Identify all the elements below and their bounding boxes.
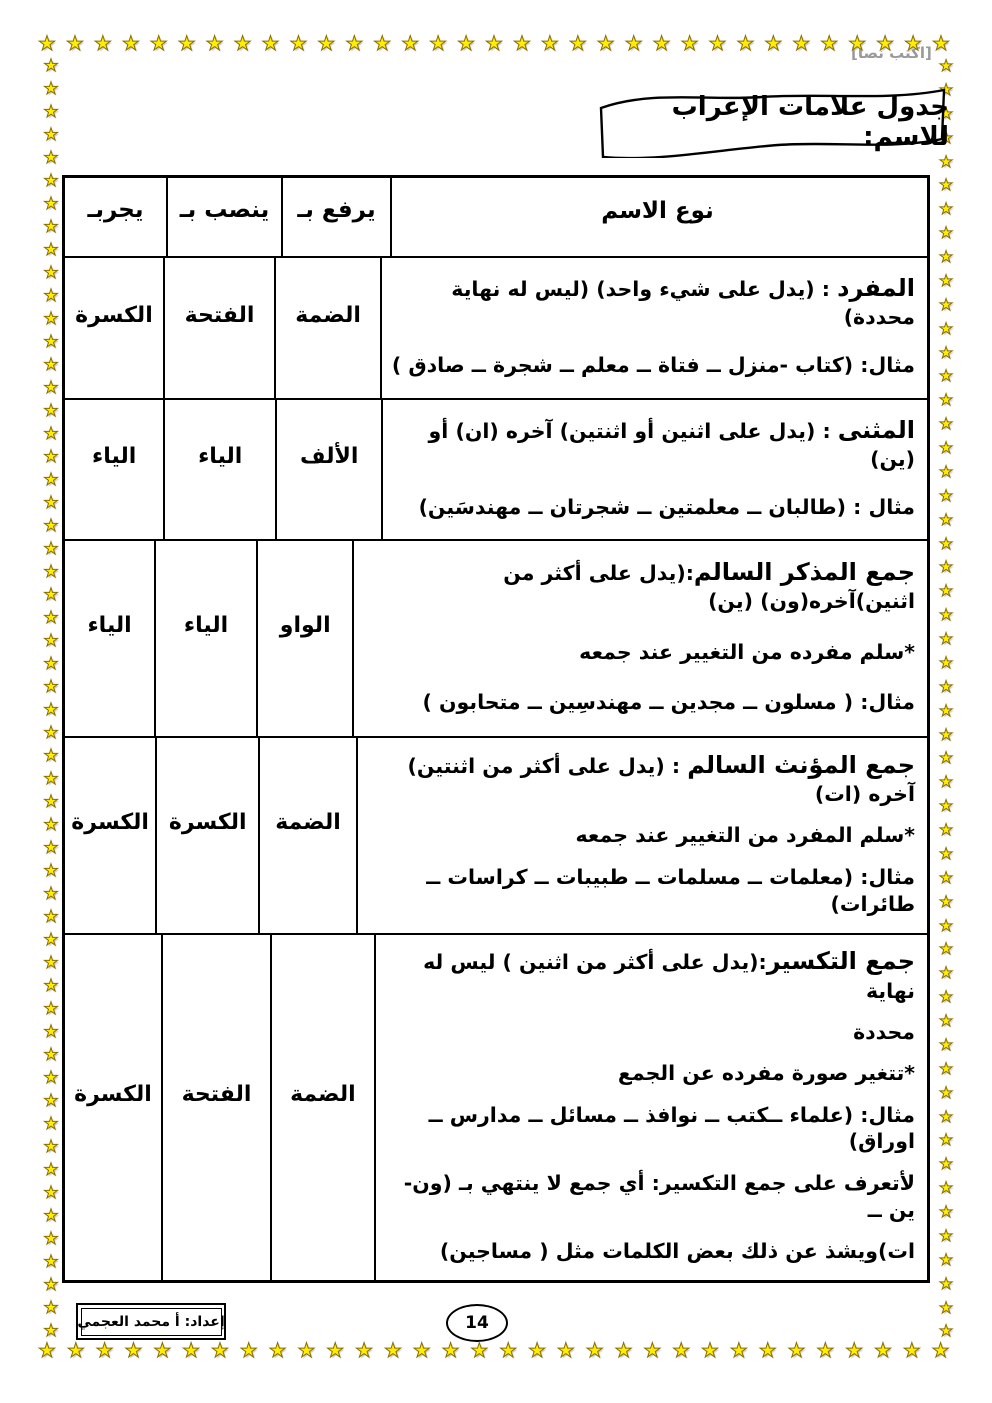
star-icon: ★ bbox=[269, 1340, 287, 1360]
star-icon: ★ bbox=[43, 173, 58, 190]
page-title: جدول علامات الإعراب للاسم: bbox=[597, 84, 949, 158]
star-border-left: ★★★★★★★★★★★★★★★★★★★★★★★★★★★★★★★★★★★★★★★★… bbox=[41, 58, 61, 1340]
star-icon: ★ bbox=[289, 33, 307, 53]
star-icon: ★ bbox=[939, 1204, 953, 1220]
star-icon: ★ bbox=[67, 1340, 85, 1360]
star-icon: ★ bbox=[43, 219, 58, 236]
star-icon: ★ bbox=[43, 932, 58, 949]
noun-type-cell: المفرد : (يدل على شيء واحد) (ليس له نهاي… bbox=[380, 258, 927, 398]
star-icon: ★ bbox=[939, 750, 953, 766]
star-icon: ★ bbox=[43, 633, 58, 650]
star-icon: ★ bbox=[625, 33, 643, 53]
star-icon: ★ bbox=[672, 1340, 690, 1360]
star-icon: ★ bbox=[939, 822, 953, 838]
star-icon: ★ bbox=[66, 33, 84, 53]
star-icon: ★ bbox=[43, 1323, 58, 1340]
star-icon: ★ bbox=[43, 1047, 58, 1064]
row-title: المثنى bbox=[838, 416, 915, 444]
star-icon: ★ bbox=[297, 1340, 315, 1360]
star-icon: ★ bbox=[932, 1340, 950, 1360]
star-icon: ★ bbox=[38, 1340, 56, 1360]
star-icon: ★ bbox=[43, 771, 58, 788]
star-icon: ★ bbox=[939, 249, 953, 265]
star-icon: ★ bbox=[96, 1340, 114, 1360]
star-border-bottom: ★★★★★★★★★★★★★★★★★★★★★★★★★★★★★★★★ bbox=[38, 1340, 950, 1360]
star-icon: ★ bbox=[730, 1340, 748, 1360]
star-icon: ★ bbox=[485, 33, 503, 53]
star-icon: ★ bbox=[939, 583, 953, 599]
star-icon: ★ bbox=[94, 33, 112, 53]
noun-type-cell: جمع التكسير:(يدل على أكثر من اثنين ) ليس… bbox=[374, 935, 927, 1280]
star-icon: ★ bbox=[528, 1340, 546, 1360]
declension-table: نوع الاسم يرفع بـ ينصب بـ يجربـ المفرد :… bbox=[62, 175, 930, 1283]
nasb-mark: الفتحة bbox=[161, 935, 270, 1280]
row-note: *سلم المفرد من التغيير عند جمعه bbox=[366, 822, 915, 849]
rafa-mark: الضمة bbox=[258, 738, 356, 933]
star-icon: ★ bbox=[43, 104, 58, 121]
star-icon: ★ bbox=[816, 1340, 834, 1360]
star-icon: ★ bbox=[939, 297, 953, 313]
author-label: إعداد: أ محمد العجمي bbox=[81, 1308, 222, 1336]
star-icon: ★ bbox=[939, 177, 953, 193]
star-icon: ★ bbox=[939, 416, 953, 432]
star-icon: ★ bbox=[939, 321, 953, 337]
star-icon: ★ bbox=[43, 1162, 58, 1179]
star-icon: ★ bbox=[240, 1340, 258, 1360]
star-icon: ★ bbox=[43, 1024, 58, 1041]
star-icon: ★ bbox=[178, 33, 196, 53]
star-icon: ★ bbox=[939, 1085, 953, 1101]
star-icon: ★ bbox=[939, 1109, 953, 1125]
star-icon: ★ bbox=[939, 1300, 953, 1316]
title-banner: جدول علامات الإعراب للاسم: bbox=[597, 84, 949, 158]
star-border-top: ★★★★★★★★★★★★★★★★★★★★★★★★★★★★★★★★★ bbox=[38, 33, 950, 53]
star-icon: ★ bbox=[43, 610, 58, 627]
star-icon: ★ bbox=[939, 368, 953, 384]
star-icon: ★ bbox=[939, 1061, 953, 1077]
star-icon: ★ bbox=[457, 33, 475, 53]
star-icon: ★ bbox=[153, 1340, 171, 1360]
star-icon: ★ bbox=[939, 1323, 953, 1339]
star-icon: ★ bbox=[43, 495, 58, 512]
row-example: مثال : (طالبان ــ معلمتين ــ شجرتان ــ م… bbox=[391, 494, 915, 521]
star-icon: ★ bbox=[43, 1231, 58, 1248]
page-number-badge: 14 bbox=[446, 1304, 508, 1342]
star-icon: ★ bbox=[124, 1340, 142, 1360]
star-icon: ★ bbox=[939, 1228, 953, 1244]
star-icon: ★ bbox=[903, 1340, 921, 1360]
row-title: جمع التكسير bbox=[767, 947, 915, 975]
row-title: المفرد bbox=[837, 274, 915, 302]
star-icon: ★ bbox=[939, 488, 953, 504]
star-icon: ★ bbox=[43, 1254, 58, 1271]
star-icon: ★ bbox=[43, 1070, 58, 1087]
rafa-mark: الضمة bbox=[274, 258, 380, 398]
star-icon: ★ bbox=[939, 1180, 953, 1196]
star-icon: ★ bbox=[429, 33, 447, 53]
nasb-mark: الياء bbox=[163, 400, 275, 539]
star-icon: ★ bbox=[939, 345, 953, 361]
noun-type-cell: المثنى : (يدل على اثنين أو اثنتين) آخره … bbox=[381, 400, 927, 539]
star-icon: ★ bbox=[43, 334, 58, 351]
star-icon: ★ bbox=[939, 655, 953, 671]
star-icon: ★ bbox=[541, 33, 559, 53]
star-icon: ★ bbox=[845, 1340, 863, 1360]
header-noun-type: نوع الاسم bbox=[390, 178, 927, 256]
star-icon: ★ bbox=[736, 33, 754, 53]
star-icon: ★ bbox=[939, 727, 953, 743]
star-icon: ★ bbox=[939, 774, 953, 790]
star-icon: ★ bbox=[939, 941, 953, 957]
star-icon: ★ bbox=[150, 33, 168, 53]
star-icon: ★ bbox=[43, 978, 58, 995]
star-icon: ★ bbox=[643, 1340, 661, 1360]
star-icon: ★ bbox=[792, 33, 810, 53]
star-icon: ★ bbox=[43, 702, 58, 719]
star-icon: ★ bbox=[43, 265, 58, 282]
star-icon: ★ bbox=[262, 33, 280, 53]
star-icon: ★ bbox=[43, 1093, 58, 1110]
star-icon: ★ bbox=[939, 1013, 953, 1029]
star-icon: ★ bbox=[939, 1276, 953, 1292]
star-icon: ★ bbox=[43, 564, 58, 581]
star-icon: ★ bbox=[939, 846, 953, 862]
star-icon: ★ bbox=[939, 392, 953, 408]
star-icon: ★ bbox=[759, 1340, 777, 1360]
star-icon: ★ bbox=[43, 1116, 58, 1133]
star-icon: ★ bbox=[43, 1300, 58, 1317]
star-icon: ★ bbox=[38, 33, 56, 53]
star-icon: ★ bbox=[939, 225, 953, 241]
star-icon: ★ bbox=[43, 518, 58, 535]
star-icon: ★ bbox=[43, 449, 58, 466]
star-icon: ★ bbox=[182, 1340, 200, 1360]
star-icon: ★ bbox=[932, 33, 950, 53]
star-icon: ★ bbox=[43, 1277, 58, 1294]
star-icon: ★ bbox=[43, 656, 58, 673]
table-row-singular: المفرد : (يدل على شيء واحد) (ليس له نهاي… bbox=[65, 258, 927, 400]
row-tip: لأتعرف على جمع التكسير: أي جمع لا ينتهي … bbox=[384, 1170, 915, 1223]
star-icon: ★ bbox=[401, 33, 419, 53]
table-row-sound-masculine-plural: جمع المذكر السالم:(يدل على أكثر من اثنين… bbox=[65, 541, 927, 738]
star-icon: ★ bbox=[470, 1340, 488, 1360]
star-icon: ★ bbox=[43, 127, 58, 144]
star-icon: ★ bbox=[939, 1156, 953, 1172]
star-icon: ★ bbox=[43, 909, 58, 926]
star-icon: ★ bbox=[701, 1340, 719, 1360]
row-title: جمع المؤنث السالم bbox=[687, 751, 915, 779]
star-icon: ★ bbox=[442, 1340, 460, 1360]
row-note: *سلم مفرده من التغيير عند جمعه bbox=[362, 639, 915, 666]
star-icon: ★ bbox=[43, 81, 58, 98]
row-example: مثال: (علماء ــكتب ــ نوافذ ــ مسائل ــ … bbox=[384, 1102, 915, 1155]
star-icon: ★ bbox=[820, 33, 838, 53]
star-icon: ★ bbox=[848, 33, 866, 53]
table-header-row: نوع الاسم يرفع بـ ينصب بـ يجربـ bbox=[65, 178, 927, 258]
star-icon: ★ bbox=[355, 1340, 373, 1360]
star-icon: ★ bbox=[939, 607, 953, 623]
star-icon: ★ bbox=[43, 587, 58, 604]
star-icon: ★ bbox=[211, 1340, 229, 1360]
star-icon: ★ bbox=[413, 1340, 431, 1360]
nasb-mark: الياء bbox=[154, 541, 256, 736]
row-example: مثال: (معلمات ــ مسلمات ــ طبيبات ــ كرا… bbox=[366, 864, 915, 917]
jarr-mark: الكسرة bbox=[65, 738, 155, 933]
star-icon: ★ bbox=[653, 33, 671, 53]
star-icon: ★ bbox=[43, 311, 58, 328]
star-icon: ★ bbox=[876, 33, 894, 53]
star-icon: ★ bbox=[939, 273, 953, 289]
star-icon: ★ bbox=[939, 1037, 953, 1053]
star-icon: ★ bbox=[939, 201, 953, 217]
row-title: جمع المذكر السالم bbox=[694, 558, 915, 586]
star-icon: ★ bbox=[939, 559, 953, 575]
star-icon: ★ bbox=[939, 536, 953, 552]
star-icon: ★ bbox=[597, 33, 615, 53]
star-icon: ★ bbox=[939, 58, 953, 74]
star-icon: ★ bbox=[317, 33, 335, 53]
star-icon: ★ bbox=[384, 1340, 402, 1360]
star-icon: ★ bbox=[939, 989, 953, 1005]
star-icon: ★ bbox=[43, 955, 58, 972]
star-icon: ★ bbox=[43, 1001, 58, 1018]
jarr-mark: الكسرة bbox=[65, 935, 161, 1280]
star-icon: ★ bbox=[43, 150, 58, 167]
author-box: إعداد: أ محمد العجمي bbox=[76, 1303, 226, 1340]
star-icon: ★ bbox=[43, 725, 58, 742]
star-icon: ★ bbox=[874, 1340, 892, 1360]
star-icon: ★ bbox=[939, 703, 953, 719]
star-icon: ★ bbox=[615, 1340, 633, 1360]
star-icon: ★ bbox=[43, 748, 58, 765]
star-icon: ★ bbox=[326, 1340, 344, 1360]
row-definition-cont: محددة bbox=[384, 1019, 915, 1046]
star-icon: ★ bbox=[234, 33, 252, 53]
star-icon: ★ bbox=[939, 512, 953, 528]
table-row-sound-feminine-plural: جمع المؤنث السالم : (يدل على أكثر من اثن… bbox=[65, 738, 927, 935]
star-icon: ★ bbox=[557, 1340, 575, 1360]
star-icon: ★ bbox=[43, 863, 58, 880]
star-icon: ★ bbox=[939, 918, 953, 934]
star-icon: ★ bbox=[43, 794, 58, 811]
star-icon: ★ bbox=[43, 58, 58, 75]
star-icon: ★ bbox=[586, 1340, 604, 1360]
jarr-mark: الياء bbox=[65, 400, 163, 539]
star-icon: ★ bbox=[499, 1340, 517, 1360]
star-icon: ★ bbox=[939, 894, 953, 910]
header-genitive-with: يجربـ bbox=[65, 178, 166, 256]
star-border-right: ★★★★★★★★★★★★★★★★★★★★★★★★★★★★★★★★★★★★★★★★… bbox=[936, 58, 956, 1340]
star-icon: ★ bbox=[43, 403, 58, 420]
row-tip-cont: ات)ويشذ عن ذلك بعض الكلمات مثل ( مساجين) bbox=[384, 1238, 915, 1265]
star-icon: ★ bbox=[345, 33, 363, 53]
star-icon: ★ bbox=[513, 33, 531, 53]
star-icon: ★ bbox=[764, 33, 782, 53]
star-icon: ★ bbox=[43, 288, 58, 305]
star-icon: ★ bbox=[939, 679, 953, 695]
table-row-dual: المثنى : (يدل على اثنين أو اثنتين) آخره … bbox=[65, 400, 927, 541]
rafa-mark: الواو bbox=[256, 541, 352, 736]
star-icon: ★ bbox=[43, 1208, 58, 1225]
star-icon: ★ bbox=[43, 840, 58, 857]
rafa-mark: الألف bbox=[275, 400, 381, 539]
star-icon: ★ bbox=[939, 1132, 953, 1148]
star-icon: ★ bbox=[43, 426, 58, 443]
table-row-broken-plural: جمع التكسير:(يدل على أكثر من اثنين ) ليس… bbox=[65, 935, 927, 1280]
star-icon: ★ bbox=[206, 33, 224, 53]
star-icon: ★ bbox=[569, 33, 587, 53]
star-icon: ★ bbox=[939, 1252, 953, 1268]
star-icon: ★ bbox=[43, 380, 58, 397]
star-icon: ★ bbox=[939, 798, 953, 814]
star-icon: ★ bbox=[43, 817, 58, 834]
star-icon: ★ bbox=[43, 1139, 58, 1156]
star-icon: ★ bbox=[43, 472, 58, 489]
row-example: مثال: (كتاب -منزل ــ فتاة ــ معلم ــ شجر… bbox=[390, 352, 915, 379]
star-icon: ★ bbox=[43, 541, 58, 558]
jarr-mark: الياء bbox=[65, 541, 154, 736]
header-raised-with: يرفع بـ bbox=[281, 178, 390, 256]
rafa-mark: الضمة bbox=[270, 935, 374, 1280]
row-example: مثال: ( مسلون ــ مجدين ــ مهندسِين ــ مت… bbox=[362, 689, 915, 716]
jarr-mark: الكسرة bbox=[65, 258, 163, 398]
star-icon: ★ bbox=[939, 631, 953, 647]
star-icon: ★ bbox=[43, 1185, 58, 1202]
nasb-mark: الكسرة bbox=[155, 738, 258, 933]
star-icon: ★ bbox=[939, 440, 953, 456]
star-icon: ★ bbox=[43, 886, 58, 903]
header-accusative-with: ينصب بـ bbox=[166, 178, 281, 256]
star-icon: ★ bbox=[939, 965, 953, 981]
star-icon: ★ bbox=[939, 464, 953, 480]
star-icon: ★ bbox=[788, 1340, 806, 1360]
star-icon: ★ bbox=[373, 33, 391, 53]
star-icon: ★ bbox=[43, 242, 58, 259]
row-note: *تتغير صورة مفرده عن الجمع bbox=[384, 1060, 915, 1087]
noun-type-cell: جمع المذكر السالم:(يدل على أكثر من اثنين… bbox=[352, 541, 927, 736]
noun-type-cell: جمع المؤنث السالم : (يدل على أكثر من اثن… bbox=[356, 738, 927, 933]
star-icon: ★ bbox=[122, 33, 140, 53]
star-icon: ★ bbox=[43, 679, 58, 696]
star-icon: ★ bbox=[681, 33, 699, 53]
star-icon: ★ bbox=[709, 33, 727, 53]
star-icon: ★ bbox=[939, 870, 953, 886]
nasb-mark: الفتحة bbox=[163, 258, 274, 398]
star-icon: ★ bbox=[904, 33, 922, 53]
star-icon: ★ bbox=[43, 196, 58, 213]
star-icon: ★ bbox=[43, 357, 58, 374]
